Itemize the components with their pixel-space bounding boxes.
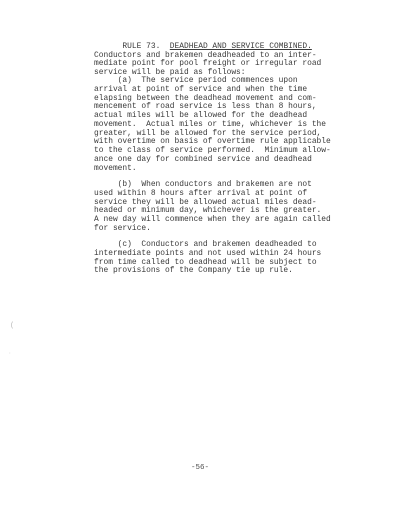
rule-label: RULE 73. — [122, 42, 160, 51]
rule-heading: DEADHEAD AND SERVICE COMBINED. — [170, 42, 312, 51]
margin-mark: ( — [10, 322, 14, 330]
text-line: movement. — [94, 165, 344, 174]
paragraph-b: (b) When conductors and brakemen are not… — [94, 181, 344, 234]
page-number: -56- — [0, 464, 400, 472]
paragraph-c: (c) Conductors and brakemen deadheaded t… — [94, 241, 344, 276]
intro-paragraph: Conductors and brakemen deadheaded to an… — [94, 52, 344, 78]
text-line: the provisions of the Company tie up rul… — [94, 267, 344, 276]
text-line: for service. — [94, 225, 344, 234]
margin-speck: · — [8, 350, 12, 357]
paragraph-a: (a) The service period commences uponarr… — [94, 77, 344, 173]
document-page: RULE 73. DEADHEAD AND SERVICE COMBINED. … — [0, 0, 400, 520]
